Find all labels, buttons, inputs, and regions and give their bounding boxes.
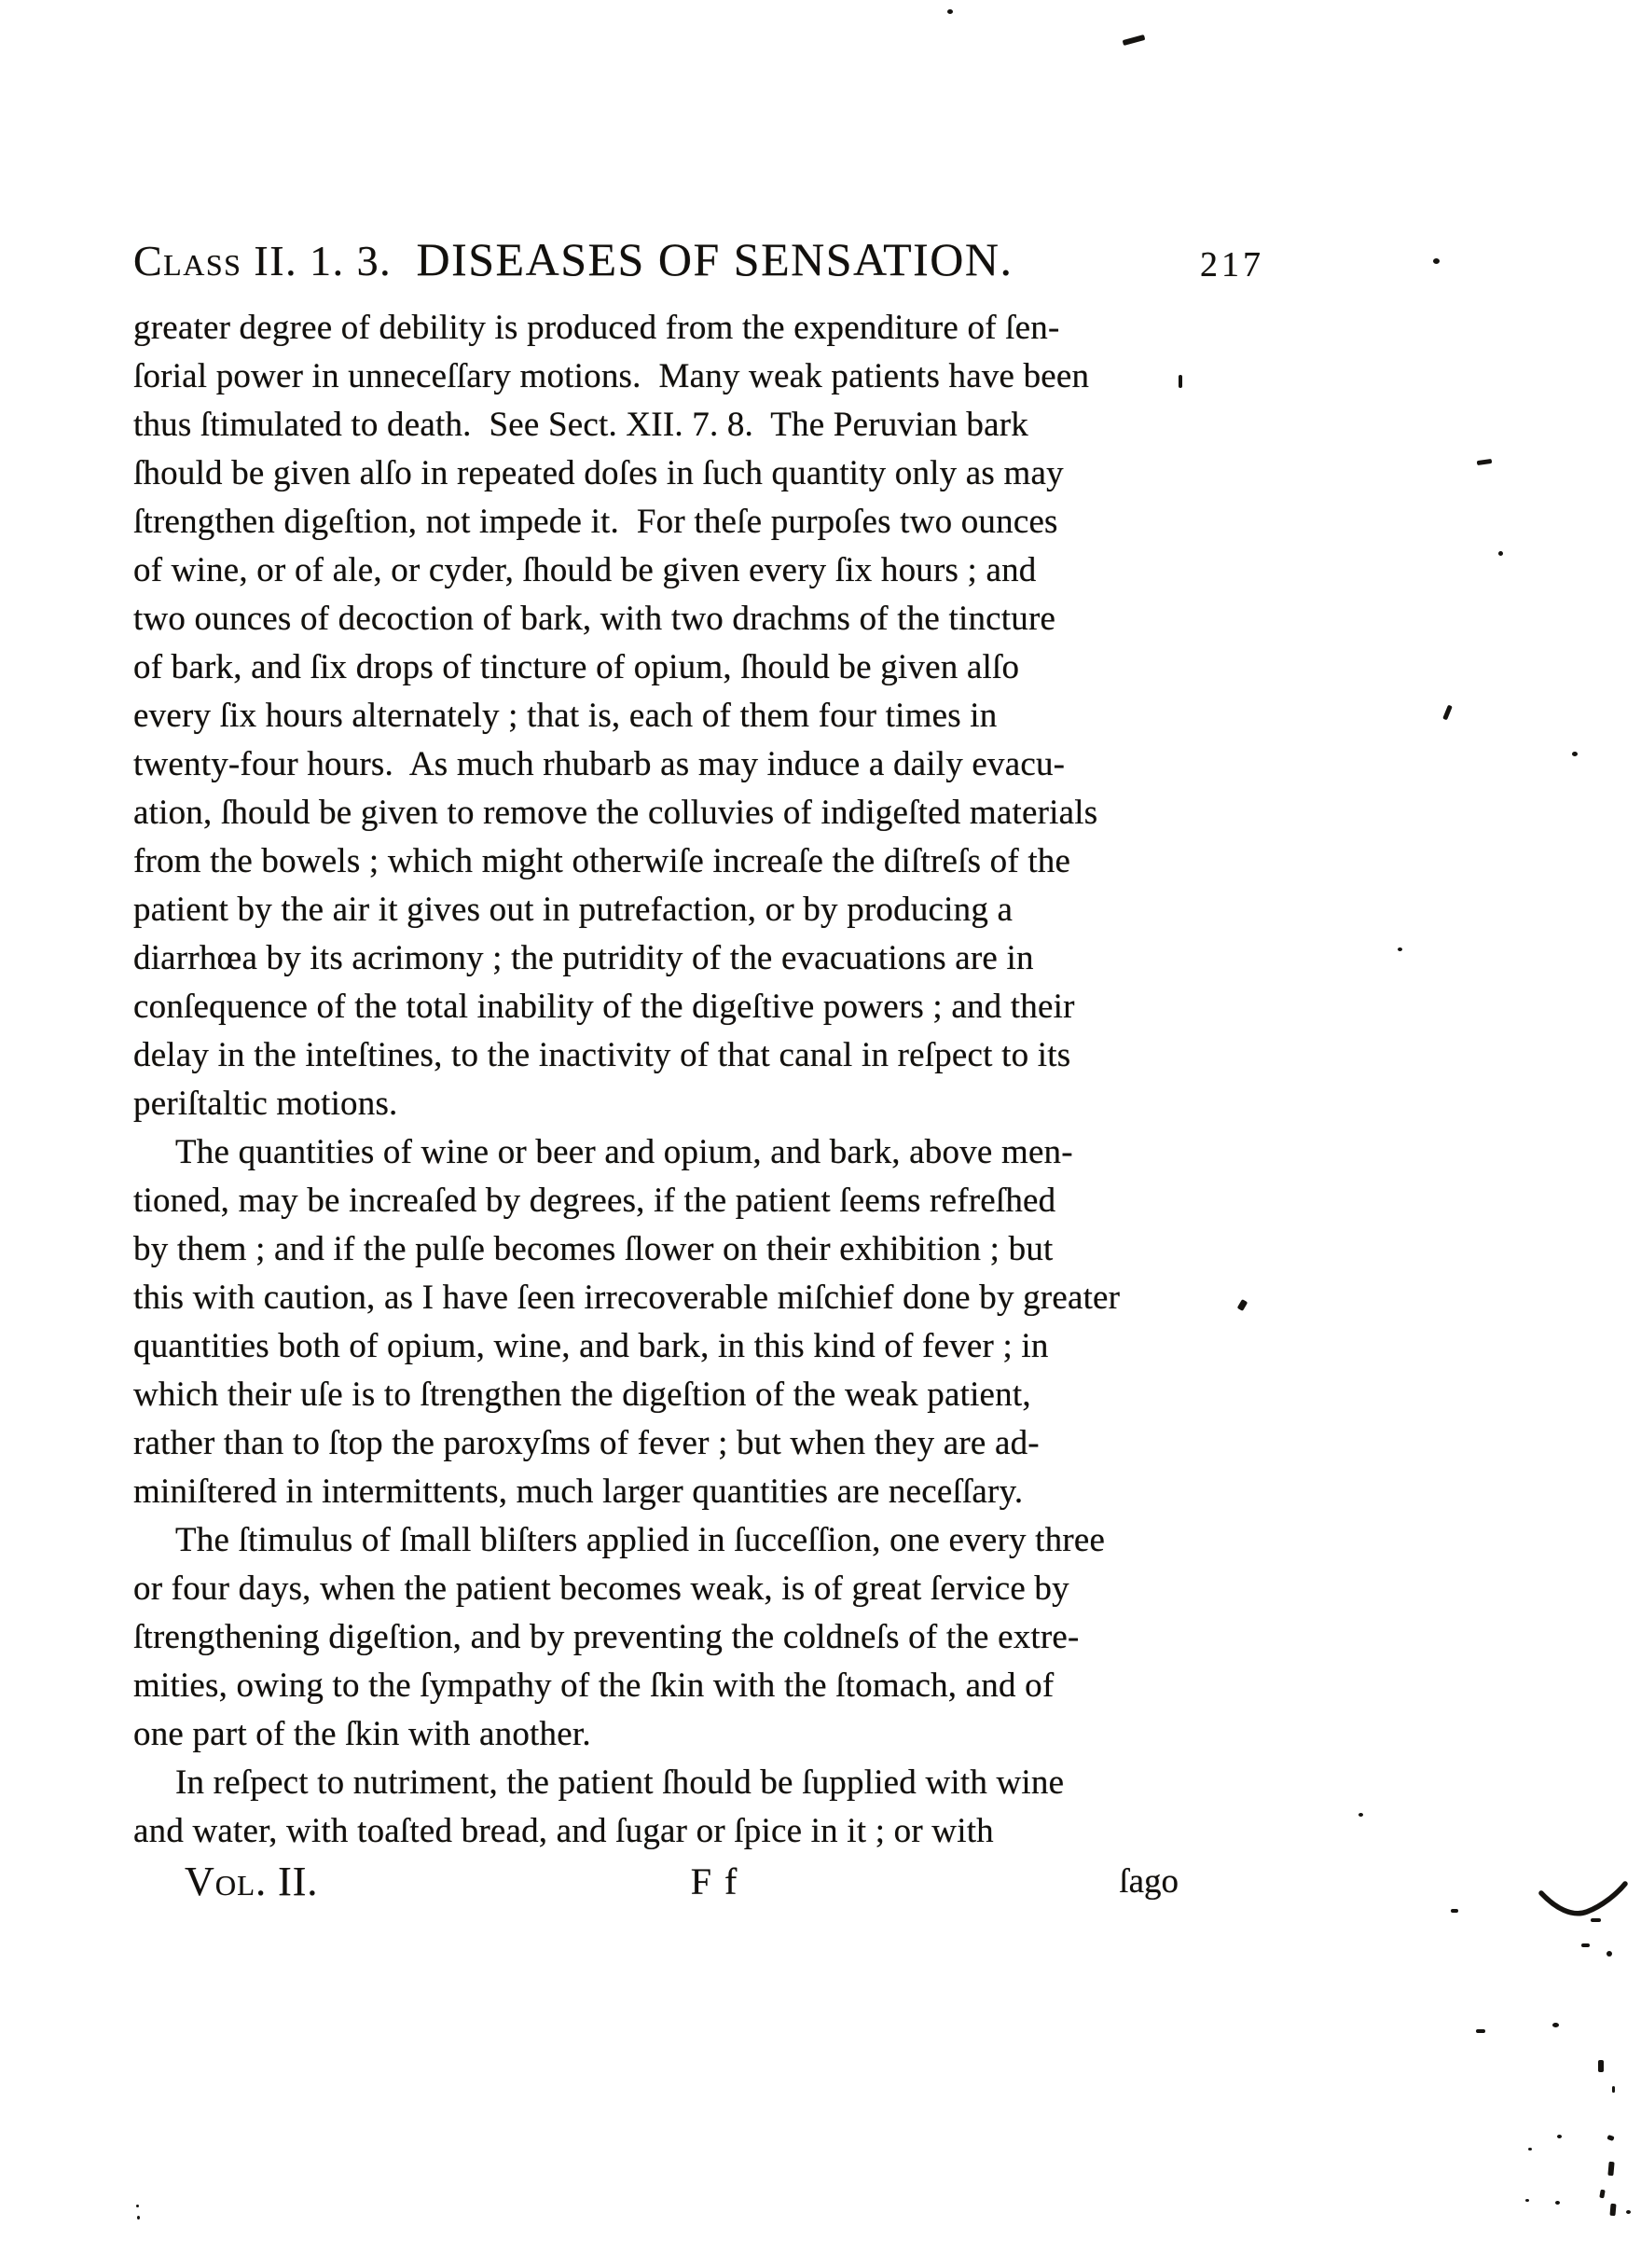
- ink-speck: [1557, 2135, 1562, 2138]
- ink-speck: [1607, 2135, 1614, 2141]
- text-line: tioned, may be increaſed by degrees, if …: [133, 1177, 1296, 1225]
- page-number: 217: [1200, 237, 1264, 293]
- body-text: greater degree of debility is produced f…: [133, 304, 1296, 1856]
- ink-speck: [1572, 752, 1578, 756]
- volume-label: Vol. II.: [185, 1856, 318, 1908]
- page-footer: Vol. II. F f ſago: [133, 1856, 1296, 1908]
- ink-speck: [1179, 375, 1182, 388]
- ink-speck: [1358, 1813, 1363, 1817]
- text-line: ation, ſhould be given to remove the col…: [133, 789, 1296, 837]
- text-line: one part of the ſkin with another.: [133, 1710, 1296, 1759]
- text-line: thus ſtimulated to death. See Sect. XII.…: [133, 401, 1296, 449]
- ink-speck: [1525, 2199, 1529, 2202]
- text-line: ſtrengthen digeſtion, not impede it. For…: [133, 498, 1296, 546]
- text-line: which their uſe is to ſtrengthen the dig…: [133, 1371, 1296, 1419]
- ink-speck: [1609, 2204, 1616, 2216]
- text-line: patient by the air it gives out in putre…: [133, 886, 1296, 934]
- page-title: DISEASES OF SENSATION.: [416, 231, 1013, 287]
- ink-speck: [1451, 1909, 1458, 1913]
- ink-speck: [1599, 2190, 1605, 2199]
- text-line: ſorial power in unneceſſary motions. Man…: [133, 353, 1296, 401]
- text-line: of wine, or of ale, or cyder, ſhould be …: [133, 546, 1296, 595]
- text-line: rather than to ſtop the paroxyſms of fev…: [133, 1419, 1296, 1468]
- text-line: this with caution, as I have ſeen irreco…: [133, 1274, 1296, 1322]
- text-line: of bark, and ſix drops of tincture of op…: [133, 643, 1296, 692]
- ink-speck: [1442, 705, 1453, 721]
- ink-speck: [1477, 459, 1493, 465]
- text-line: twenty-four hours. As much rhubarb as ma…: [133, 740, 1296, 789]
- text-line: every ſix hours alternately ; that is, e…: [133, 692, 1296, 740]
- page-header: Class II. 1. 3. DISEASES OF SENSATION. 2…: [133, 231, 1296, 289]
- section-label: Class II. 1. 3.: [133, 233, 392, 289]
- text-line: by them ; and if the pulſe becomes ſlowe…: [133, 1225, 1296, 1274]
- ink-speck: [136, 2205, 139, 2207]
- ink-speck: [1498, 551, 1503, 556]
- text-line: ſtrengthening digeſtion, and by preventi…: [133, 1613, 1296, 1662]
- pen-stroke-mark: [1538, 1876, 1628, 1921]
- text-line: quantities both of opium, wine, and bark…: [133, 1322, 1296, 1371]
- catchword: ſago: [1119, 1856, 1179, 1908]
- text-line: ſhould be given alſo in repeated doſes i…: [133, 449, 1296, 498]
- text-line: The quantities of wine or beer and opium…: [133, 1128, 1296, 1177]
- ink-speck: [1476, 2029, 1485, 2033]
- ink-speck: [1123, 35, 1146, 46]
- ink-speck: [1398, 947, 1402, 951]
- ink-speck: [947, 9, 953, 14]
- ink-speck: [1552, 2023, 1559, 2027]
- text-line: miniſtered in intermittents, much larger…: [133, 1468, 1296, 1516]
- text-line: periſtaltic motions.: [133, 1080, 1296, 1128]
- ink-speck: [1555, 2201, 1560, 2205]
- text-line: or four days, when the patient becomes w…: [133, 1565, 1296, 1613]
- signature-mark: F f: [691, 1856, 739, 1908]
- paragraph: The ſtimulus of ſmall bliſters applied i…: [133, 1516, 1296, 1759]
- ink-speck: [1528, 2148, 1532, 2150]
- text-line: delay in the inteſtines, to the inactivi…: [133, 1031, 1296, 1080]
- paragraph: In reſpect to nutriment, the patient ſho…: [133, 1759, 1296, 1856]
- text-line: diarrhœa by its acrimony ; the putridity…: [133, 934, 1296, 983]
- paragraph: greater degree of debility is produced f…: [133, 304, 1296, 1128]
- text-line: mities, owing to the ſympathy of the ſki…: [133, 1662, 1296, 1710]
- ink-speck: [1598, 2060, 1604, 2072]
- ink-speck: [1607, 1951, 1612, 1957]
- ink-speck: [1581, 1943, 1590, 1947]
- ink-speck: [137, 2216, 140, 2220]
- text-line: from the bowels ; which might otherwiſe …: [133, 837, 1296, 886]
- ink-speck: [1433, 258, 1440, 264]
- text-line: and water, with toaſted bread, and ſugar…: [133, 1807, 1296, 1856]
- text-line: The ſtimulus of ſmall bliſters applied i…: [133, 1516, 1296, 1565]
- text-line: greater degree of debility is produced f…: [133, 304, 1296, 353]
- ink-speck: [1607, 2162, 1614, 2176]
- paragraph: The quantities of wine or beer and opium…: [133, 1128, 1296, 1516]
- book-page: Class II. 1. 3. DISEASES OF SENSATION. 2…: [0, 0, 1641, 2268]
- text-line: In reſpect to nutriment, the patient ſho…: [133, 1759, 1296, 1807]
- text-line: two ounces of decoction of bark, with tw…: [133, 595, 1296, 643]
- ink-speck: [1626, 2210, 1631, 2214]
- text-line: conſequence of the total inability of th…: [133, 983, 1296, 1031]
- ink-speck: [1612, 2086, 1615, 2093]
- ink-speck: [1591, 1918, 1601, 1922]
